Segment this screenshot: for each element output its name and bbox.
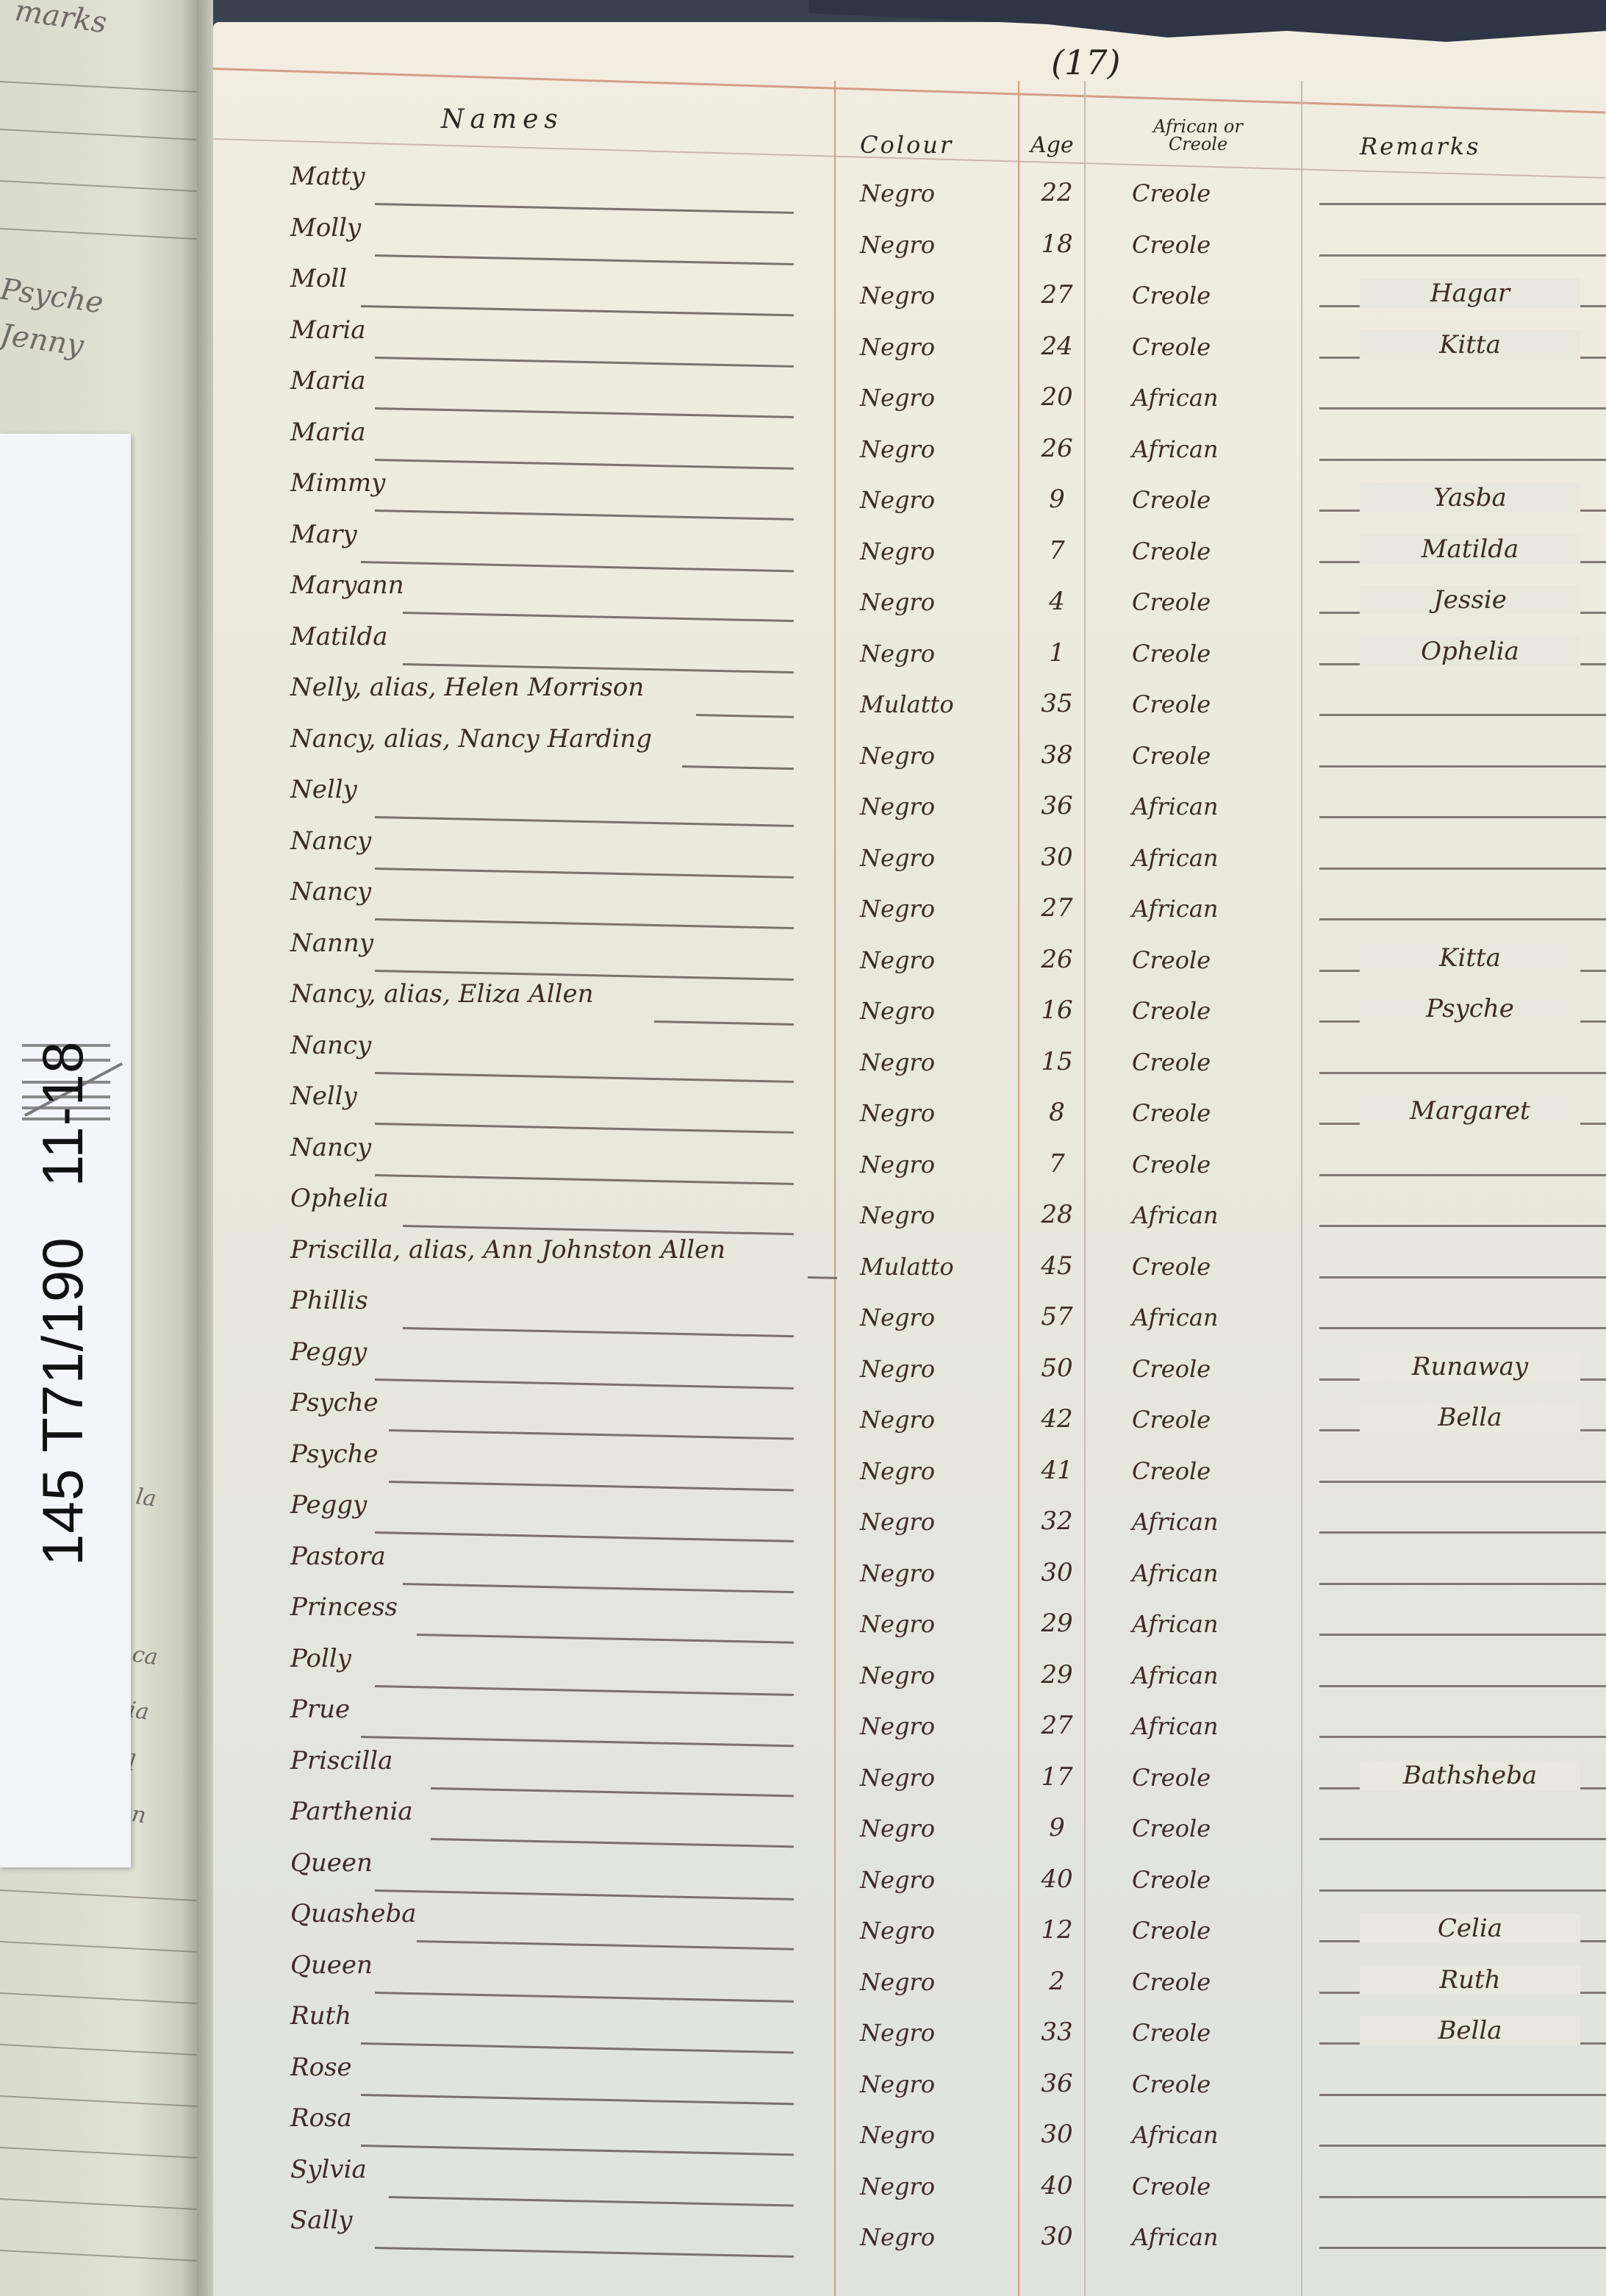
ruled-line: [0, 81, 197, 93]
age-value: 9: [1035, 484, 1079, 514]
register-row: Sally Negro 30 African: [213, 2206, 1606, 2257]
register-row: Nancy Negro 7 Creole: [213, 1133, 1606, 1184]
colour-value: Negro: [860, 1355, 935, 1383]
age-value: 30: [1035, 2120, 1079, 2149]
age-value: 36: [1035, 2069, 1079, 2098]
enslaved-person-name: Parthenia: [290, 1797, 413, 1826]
colour-value: Negro: [860, 640, 935, 668]
register-row: Peggy Negro 32 African: [213, 1490, 1606, 1542]
enslaved-person-name: Mimmy: [290, 468, 385, 498]
register-row: Peggy Negro 50 Creole Runaway: [213, 1337, 1606, 1389]
register-row: Matty Negro 22 Creole: [213, 162, 1606, 213]
age-value: 42: [1035, 1404, 1079, 1434]
enslaved-person-name: Rosa: [290, 2103, 352, 2133]
origin-value: African: [1132, 384, 1219, 412]
remark-value: Hagar: [1360, 279, 1580, 308]
enslaved-person-name: Nelly: [290, 1081, 357, 1111]
enslaved-person-name: Matty: [290, 162, 365, 191]
name-fill-line: [403, 1225, 794, 1235]
remark-fill-line: [1319, 1327, 1606, 1329]
colour-value: Negro: [860, 1917, 935, 1945]
age-value: 4: [1035, 587, 1079, 616]
ruled-line: [0, 180, 197, 192]
age-value: 16: [1035, 995, 1079, 1025]
enslaved-person-name: Maria: [290, 418, 365, 447]
remark-fill-line: [1319, 1225, 1606, 1227]
register-row: Mary Negro 7 Creole Matilda: [213, 520, 1606, 571]
origin-value: Creole: [1132, 1814, 1211, 1842]
colour-value: Mulatto: [860, 1253, 954, 1281]
enslaved-person-name: Maria: [290, 366, 365, 396]
origin-value: Creole: [1132, 1968, 1211, 1996]
colour-value: Negro: [860, 1610, 935, 1638]
colour-value: Negro: [860, 1662, 935, 1689]
ruled-line: [0, 228, 197, 240]
age-value: 27: [1035, 1711, 1079, 1740]
colour-value: Negro: [860, 1303, 935, 1331]
age-value: 26: [1035, 434, 1079, 463]
origin-value: African: [1132, 435, 1219, 463]
colour-value: Negro: [860, 588, 935, 616]
remark-value: Bella: [1360, 1403, 1580, 1432]
origin-value: Creole: [1132, 282, 1211, 310]
origin-value: Creole: [1132, 2172, 1211, 2200]
enslaved-person-name: Matilda: [290, 622, 388, 651]
age-value: 22: [1035, 178, 1079, 207]
register-row: Maria Negro 20 African: [213, 366, 1606, 418]
remark-value: Runaway: [1360, 1352, 1580, 1381]
origin-value: Creole: [1132, 1764, 1211, 1792]
enslaved-person-name: Queen: [290, 1848, 373, 1878]
enslaved-person-name: Nanny: [290, 929, 373, 958]
remark-fill-line: [1319, 407, 1606, 410]
register-row: Priscilla Negro 17 Creole Bathsheba: [213, 1746, 1606, 1798]
register-row: Nancy, alias, Eliza Allen Negro 16 Creol…: [213, 979, 1606, 1031]
age-value: 30: [1035, 2222, 1079, 2251]
enslaved-person-name: Sylvia: [290, 2155, 367, 2184]
register-row: Nelly Negro 36 African: [213, 775, 1606, 826]
register-row: Maryann Negro 4 Creole Jessie: [213, 571, 1606, 622]
origin-value: Creole: [1132, 1355, 1211, 1383]
register-row: Nelly, alias, Helen Morrison Mulatto 35 …: [213, 673, 1606, 724]
origin-value: Creole: [1132, 1253, 1211, 1281]
register-row: Nancy, alias, Nancy Harding Negro 38 Cre…: [213, 724, 1606, 776]
colour-value: Negro: [860, 946, 935, 974]
age-value: 12: [1035, 1915, 1079, 1945]
age-value: 40: [1035, 2171, 1079, 2200]
age-value: 28: [1035, 1200, 1079, 1229]
remark-fill-line: [1319, 1838, 1606, 1840]
colour-value: Negro: [860, 742, 935, 770]
remark-fill-line: [1319, 2196, 1606, 2198]
age-value: 33: [1035, 2017, 1079, 2047]
origin-value: Creole: [1132, 690, 1211, 718]
age-value: 30: [1035, 843, 1079, 872]
column-header-colour: Colour: [860, 131, 953, 159]
register-row: Mimmy Negro 9 Creole Yasba: [213, 468, 1606, 520]
origin-value: African: [1132, 793, 1219, 820]
colour-value: Negro: [860, 537, 935, 565]
left-remark-fragment: Jenny: [0, 318, 85, 362]
age-value: 18: [1035, 229, 1079, 259]
remark-fill-line: [1319, 254, 1606, 257]
left-remark-fragment: Psyche: [0, 272, 105, 320]
column-header-age: Age: [1030, 132, 1074, 158]
remark-value: Ruth: [1360, 1965, 1580, 1995]
origin-value: Creole: [1132, 1048, 1211, 1076]
age-value: 45: [1035, 1251, 1079, 1281]
colour-value: Negro: [860, 1048, 935, 1076]
name-fill-line: [375, 2247, 794, 2258]
colour-value: Negro: [860, 179, 935, 207]
name-fill-line: [682, 765, 794, 770]
register-row: Ophelia Negro 28 African: [213, 1184, 1606, 1235]
origin-value: African: [1132, 2223, 1219, 2251]
enslaved-person-name: Nancy: [290, 1031, 371, 1060]
origin-value: African: [1132, 1559, 1219, 1587]
enslaved-person-name: Nancy, alias, Eliza Allen: [290, 979, 594, 1009]
ruled-line: [0, 2044, 197, 2056]
remark-fill-line: [1319, 1889, 1606, 1892]
enslaved-person-name: Quasheba: [290, 1899, 417, 1928]
enslaved-person-name: Psyche: [290, 1388, 379, 1417]
register-row: Rose Negro 36 Creole: [213, 2053, 1606, 2104]
age-value: 2: [1035, 1967, 1079, 1996]
age-value: 27: [1035, 280, 1079, 310]
register-row: Pastora Negro 30 African: [213, 1542, 1606, 1593]
enslaved-person-name: Polly: [290, 1644, 351, 1673]
colour-value: Negro: [860, 1457, 935, 1485]
origin-value: Creole: [1132, 486, 1211, 514]
colour-value: Negro: [860, 1151, 935, 1179]
remark-fill-line: [1319, 459, 1606, 461]
origin-value: Creole: [1132, 946, 1211, 974]
colour-value: Negro: [860, 1968, 935, 1996]
remark-fill-line: [1319, 1174, 1606, 1176]
age-value: 38: [1035, 740, 1079, 770]
remark-fill-line: [1319, 1481, 1606, 1483]
column-header-origin: African or Creole: [1139, 118, 1257, 153]
origin-value: Creole: [1132, 640, 1211, 668]
enslaved-person-name: Sally: [290, 2206, 353, 2235]
colour-value: Negro: [860, 1508, 935, 1536]
enslaved-person-name: Ophelia: [290, 1184, 389, 1213]
name-fill-line: [403, 1583, 794, 1593]
ruled-line: [0, 2147, 197, 2159]
age-value: 1: [1035, 638, 1079, 668]
remark-fill-line: [1319, 1276, 1606, 1278]
archival-reference-number: 145 T71/190 11-18: [29, 1041, 96, 1566]
register-row: Nancy Negro 30 African: [213, 826, 1606, 878]
remark-value: Margaret: [1360, 1096, 1580, 1126]
origin-value: African: [1132, 1662, 1219, 1689]
remark-value: Ophelia: [1360, 637, 1580, 666]
register-row: Psyche Negro 41 Creole: [213, 1440, 1606, 1491]
enslaved-person-name: Nancy, alias, Nancy Harding: [290, 724, 652, 754]
register-page: (17) Names Colour Age African or Creole …: [213, 22, 1606, 2296]
colour-value: Negro: [860, 486, 935, 514]
remark-value: Jessie: [1360, 585, 1580, 615]
enslaved-person-name: Molly: [290, 213, 361, 243]
register-row: Ruth Negro 33 Creole Bella: [213, 2001, 1606, 2053]
colour-value: Negro: [860, 1099, 935, 1127]
remark-fill-line: [1319, 1531, 1606, 1534]
enslaved-person-name: Maria: [290, 315, 365, 345]
enslaved-person-name: Maryann: [290, 571, 404, 600]
colour-value: Negro: [860, 1559, 935, 1587]
register-row: Nancy Negro 15 Creole: [213, 1031, 1606, 1082]
remark-fill-line: [1319, 1072, 1606, 1074]
name-fill-line: [808, 1276, 837, 1279]
remark-fill-line: [1319, 1685, 1606, 1687]
name-fill-line: [403, 663, 794, 673]
name-fill-line: [403, 1327, 794, 1337]
origin-value: Creole: [1132, 537, 1211, 565]
age-value: 8: [1035, 1098, 1079, 1127]
remark-fill-line: [1319, 1634, 1606, 1636]
name-fill-line: [431, 1787, 794, 1797]
enslaved-person-name: Peggy: [290, 1337, 367, 1367]
enslaved-person-name: Princess: [290, 1592, 398, 1622]
register-row: Phillis Negro 57 African: [213, 1286, 1606, 1337]
origin-value: African: [1132, 1712, 1219, 1740]
colour-value: Negro: [860, 2070, 935, 2098]
enslaved-person-name: Ruth: [290, 2001, 351, 2031]
remark-fill-line: [1319, 918, 1606, 920]
enslaved-person-name: Queen: [290, 1950, 373, 1980]
origin-value: African: [1132, 1508, 1219, 1536]
header-rule: [213, 68, 1605, 114]
column-header-remarks: Remarks: [1360, 132, 1481, 160]
enslaved-person-name: Nancy: [290, 1133, 371, 1162]
ruled-line: [0, 1992, 197, 2004]
age-value: 7: [1035, 1149, 1079, 1179]
colour-value: Negro: [860, 1814, 935, 1842]
origin-value: Creole: [1132, 1866, 1211, 1894]
age-value: 57: [1035, 1302, 1079, 1331]
age-value: 9: [1035, 1813, 1079, 1842]
register-row: Prue Negro 27 African: [213, 1695, 1606, 1746]
origin-value: Creole: [1132, 1457, 1211, 1485]
origin-value: Creole: [1132, 2019, 1211, 2047]
register-rows: Matty Negro 22 Creole Molly Negro 18 Cre…: [213, 162, 1606, 2257]
remark-value: Kitta: [1360, 943, 1580, 973]
origin-value: African: [1132, 1610, 1219, 1638]
remark-value: Bathsheba: [1360, 1761, 1580, 1790]
remark-fill-line: [1319, 868, 1606, 870]
enslaved-person-name: Pastora: [290, 1542, 386, 1571]
age-value: 7: [1035, 536, 1079, 565]
remark-value: Celia: [1360, 1914, 1580, 1943]
name-fill-line: [389, 1481, 794, 1492]
register-row: Maria Negro 26 African: [213, 418, 1606, 469]
colour-value: Negro: [860, 2019, 935, 2047]
origin-value: Creole: [1132, 333, 1211, 361]
colour-value: Negro: [860, 895, 935, 923]
age-value: 30: [1035, 1558, 1079, 1587]
enslaved-person-name: Prue: [290, 1695, 350, 1724]
age-value: 50: [1035, 1353, 1079, 1383]
register-row: Psyche Negro 42 Creole Bella: [213, 1388, 1606, 1440]
origin-value: Creole: [1132, 179, 1211, 207]
ruled-line: [0, 2250, 197, 2261]
name-fill-line: [654, 1020, 794, 1026]
colour-value: Negro: [860, 1406, 935, 1434]
origin-value: African: [1132, 2121, 1219, 2149]
colour-value: Negro: [860, 2223, 935, 2251]
enslaved-person-name: Moll: [290, 264, 347, 293]
remark-fill-line: [1319, 2145, 1606, 2147]
enslaved-person-name: Peggy: [290, 1490, 367, 1520]
remark-fill-line: [1319, 765, 1606, 768]
remark-value: Yasba: [1360, 483, 1580, 512]
colour-value: Negro: [860, 2172, 935, 2200]
colour-value: Negro: [860, 997, 935, 1025]
ruled-line: [0, 2198, 197, 2210]
colour-value: Negro: [860, 384, 935, 412]
origin-value: African: [1132, 895, 1219, 923]
colour-value: Negro: [860, 333, 935, 361]
name-fill-line: [696, 714, 794, 718]
column-header-names: Names: [441, 104, 564, 135]
age-value: 24: [1035, 332, 1079, 361]
origin-value: Creole: [1132, 742, 1211, 770]
origin-value: Creole: [1132, 588, 1211, 616]
origin-value: Creole: [1132, 1917, 1211, 1945]
ruled-line: [0, 1889, 197, 1901]
register-row: Sylvia Negro 40 Creole: [213, 2155, 1606, 2206]
age-value: 26: [1035, 945, 1079, 974]
origin-value: African: [1132, 1201, 1219, 1229]
age-value: 35: [1035, 689, 1079, 718]
enslaved-person-name: Psyche: [290, 1440, 379, 1469]
remark-fill-line: [1319, 1736, 1606, 1738]
origin-value: Creole: [1132, 1406, 1211, 1434]
register-row: Queen Negro 2 Creole Ruth: [213, 1950, 1606, 2002]
register-row: Moll Negro 27 Creole Hagar: [213, 264, 1606, 315]
origin-value: African: [1132, 844, 1219, 872]
left-header-fragment: marks: [12, 0, 109, 40]
age-value: 20: [1035, 382, 1079, 412]
book-gutter: [197, 0, 213, 2296]
register-row: Maria Negro 24 Creole Kitta: [213, 315, 1606, 367]
remark-fill-line: [1319, 1583, 1606, 1585]
enslaved-person-name: Nancy: [290, 826, 371, 856]
name-fill-line: [431, 1838, 794, 1848]
colour-value: Negro: [860, 231, 935, 259]
remark-value: Bella: [1360, 2016, 1580, 2045]
register-row: Rosa Negro 30 African: [213, 2103, 1606, 2155]
colour-value: Mulatto: [860, 690, 954, 718]
origin-value: Creole: [1132, 2070, 1211, 2098]
name-fill-line: [389, 2196, 794, 2207]
enslaved-person-name: Nelly, alias, Helen Morrison: [290, 673, 644, 702]
remark-fill-line: [1319, 203, 1606, 205]
name-fill-line: [403, 612, 794, 622]
remark-fill-line: [1319, 714, 1606, 716]
register-row: Polly Negro 29 African: [213, 1644, 1606, 1695]
register-row: Matilda Negro 1 Creole Ophelia: [213, 622, 1606, 673]
age-value: 15: [1035, 1047, 1079, 1076]
remark-value: Matilda: [1360, 534, 1580, 564]
enslaved-person-name: Rose: [290, 2053, 352, 2082]
name-fill-line: [417, 1940, 794, 1950]
enslaved-person-name: Phillis: [290, 1286, 368, 1315]
register-row: Nanny Negro 26 Creole Kitta: [213, 929, 1606, 980]
register-row: Priscilla, alias, Ann Johnston Allen Mul…: [213, 1235, 1606, 1287]
register-row: Princess Negro 29 African: [213, 1592, 1606, 1644]
register-row: Nelly Negro 8 Creole Margaret: [213, 1081, 1606, 1133]
register-row: Nancy Negro 27 African: [213, 877, 1606, 929]
remark-value: Kitta: [1360, 330, 1580, 360]
enslaved-person-name: Mary: [290, 520, 357, 549]
colour-value: Negro: [860, 1764, 935, 1792]
enslaved-person-name: Priscilla: [290, 1746, 392, 1775]
colour-value: Negro: [860, 282, 935, 310]
remark-fill-line: [1319, 816, 1606, 818]
age-value: 29: [1035, 1609, 1079, 1638]
age-value: 36: [1035, 791, 1079, 820]
register-row: Parthenia Negro 9 Creole: [213, 1797, 1606, 1848]
register-row: Molly Negro 18 Creole: [213, 213, 1606, 265]
colour-value: Negro: [860, 1201, 935, 1229]
age-value: 40: [1035, 1864, 1079, 1894]
colour-value: Negro: [860, 844, 935, 872]
age-value: 27: [1035, 893, 1079, 923]
enslaved-person-name: Priscilla, alias, Ann Johnston Allen: [290, 1235, 725, 1265]
age-value: 29: [1035, 1660, 1079, 1689]
enslaved-person-name: Nelly: [290, 775, 357, 804]
page-number: (17): [1051, 43, 1120, 82]
age-value: 17: [1035, 1762, 1079, 1792]
ruled-line: [0, 129, 197, 140]
left-name-fragment: la: [135, 1484, 158, 1512]
colour-value: Negro: [860, 793, 935, 820]
name-fill-line: [417, 1634, 794, 1644]
colour-value: Negro: [860, 1866, 935, 1894]
register-row: Queen Negro 40 Creole: [213, 1848, 1606, 1900]
origin-value: Creole: [1132, 1151, 1211, 1179]
ruled-line: [0, 1941, 197, 1953]
register-row: Quasheba Negro 12 Creole Celia: [213, 1899, 1606, 1950]
origin-value: Creole: [1132, 997, 1211, 1025]
remark-fill-line: [1319, 2247, 1606, 2249]
colour-value: Negro: [860, 435, 935, 463]
ruled-line: [0, 2095, 197, 2107]
colour-value: Negro: [860, 2121, 935, 2149]
colour-value: Negro: [860, 1712, 935, 1740]
age-value: 32: [1035, 1506, 1079, 1536]
enslaved-person-name: Nancy: [290, 877, 371, 906]
remark-value: Psyche: [1360, 994, 1580, 1023]
remark-fill-line: [1319, 2094, 1606, 2096]
origin-value: Creole: [1132, 231, 1211, 259]
origin-value: African: [1132, 1303, 1219, 1331]
left-name-fragment: ca: [131, 1642, 159, 1670]
origin-value: Creole: [1132, 1099, 1211, 1127]
age-value: 41: [1035, 1456, 1079, 1485]
name-fill-line: [389, 1429, 794, 1440]
